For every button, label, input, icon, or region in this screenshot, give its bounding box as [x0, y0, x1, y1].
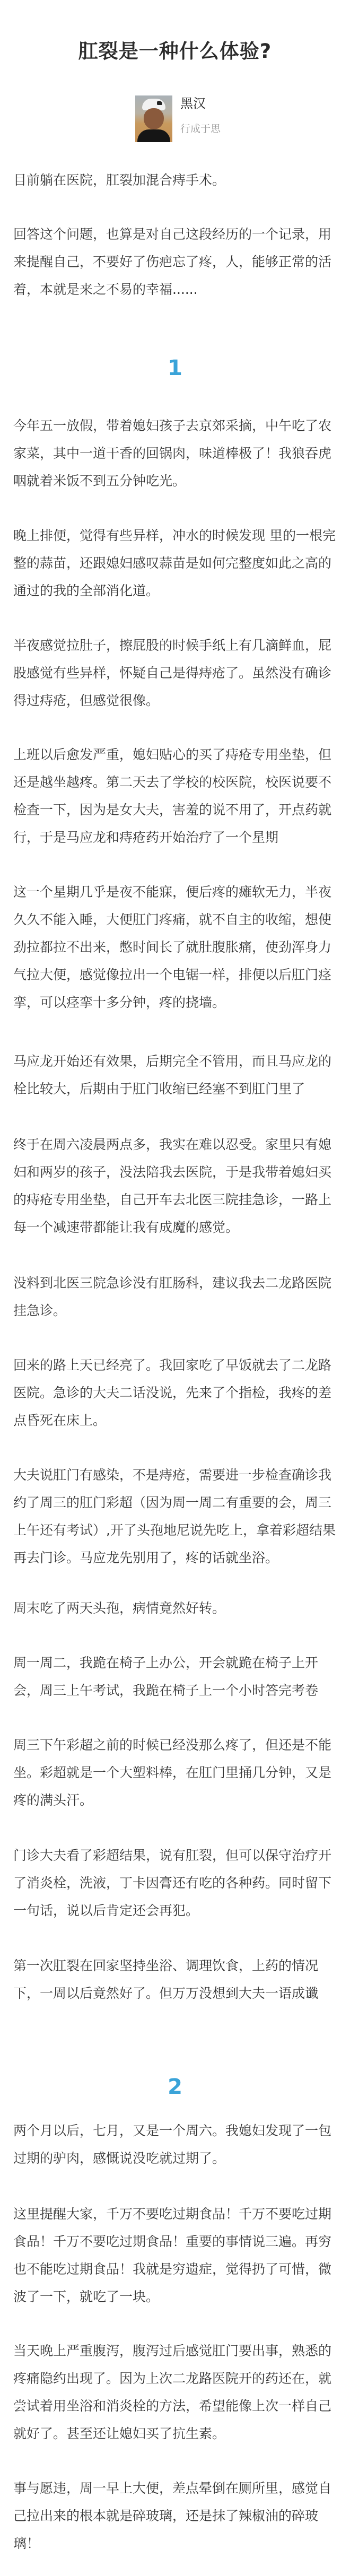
paragraph: 没料到北医三院急诊没有肛肠科，建议我去二龙路医院挂急诊。: [13, 1269, 338, 1325]
author-bio: 行成于思: [180, 122, 221, 136]
avatar-shirt-shape: [137, 129, 170, 142]
paragraph: 今年五一放假，带着媳妇孩子去京郊采摘，中午吃了农家菜，其中一道干香的回锅肉，味道…: [13, 412, 338, 495]
paragraph: 门诊大夫看了彩超结果，说有肛裂，但可以保守治疗开了消炎栓，洗液，丁卡因膏还有吃的…: [13, 1842, 338, 1925]
paragraph: 两个月以后，七月，又是一个周六。我媳妇发现了一包过期的驴肉，感慨说没吃就过期了。: [13, 2117, 338, 2172]
article-title: 肛裂是一种什么体验?: [0, 39, 350, 64]
paragraph: 回来的路上天已经亮了。我回家吃了早饭就去了二龙路医院。急诊的大夫二话没说，先来了…: [13, 1352, 338, 1434]
author-avatar[interactable]: [135, 95, 172, 142]
section-number-1: 1: [0, 356, 350, 380]
paragraph: 这里提醒大家，千万不要吃过期食品！千万不要吃过期食品！千万不要吃过期食品！重要的…: [13, 2200, 338, 2311]
paragraph: 半夜感觉拉肚子，擦屁股的时候手纸上有几滴鲜血，屁股感觉有些异样，怀疑自己是得痔疮…: [13, 632, 338, 715]
section-number-2: 2: [0, 2075, 350, 2099]
paragraph: 马应龙开始还有效果，后期完全不管用，而且马应龙的栓比较大，后期由于肛门收缩已经塞…: [13, 1048, 338, 1103]
paragraph: 第一次肛裂在回家坚持坐浴、调理饮食，上药的情况下，一周以后竟然好了。但万万没想到…: [13, 1952, 338, 2007]
paragraph: 当天晚上严重腹泻，腹泻过后感觉肛门要出事，熟悉的疼痛隐约出现了。因为上次二龙路医…: [13, 2337, 338, 2448]
paragraph: 上班以后愈发严重，媳妇贴心的买了痔疮专用坐垫，但还是越坐越疼。第二天去了学校的校…: [13, 741, 338, 851]
paragraph: 事与愿违，周一早上大便，差点晕倒在厕所里，感觉自己拉出来的根本就是碎玻璃，还是抹…: [13, 2475, 338, 2557]
article-page: 肛裂是一种什么体验? 黑汉 行成于思 目前躺在医院，肛裂加混合痔手术。 回答这个…: [0, 0, 350, 2576]
paragraph: 晚上排便，觉得有些异样，冲水的时候发现 里的一根完整的蒜苗，还跟媳妇感叹蒜苗是如…: [13, 522, 338, 605]
paragraph: 大夫说肛门有感染，不是痔疮，需要进一步检查确诊我约了周三的肛门彩超（因为周一周二…: [13, 1461, 338, 1572]
paragraph: 终于在周六凌晨两点多，我实在难以忍受。家里只有媳妇和两岁的孩子，没法陪我去医院，…: [13, 1131, 338, 1241]
paragraph: 这一个星期几乎是夜不能寐，便后疼的瘫软无力，半夜久久不能入睡，大便肛门疼痛，就不…: [13, 878, 338, 1016]
paragraph: 周一周二，我跪在椅子上办公，开会就跪在椅子上开会，周三上午考试，我跪在椅子上一个…: [13, 1649, 338, 1704]
paragraph: 周末吃了两天头孢，病情竟然好转。: [13, 1595, 338, 1622]
intro-paragraph-2: 回答这个问题，也算是对自己这段经历的一个记录，用来提醒自己，不要好了伤疤忘了疼，…: [13, 221, 338, 303]
avatar-face-shape: [144, 108, 164, 129]
paragraph: 周三下午彩超之前的时候已经没那么疼了，但还是不能坐。彩超就是一个大塑料棒，在肛门…: [13, 1731, 338, 1814]
author-name[interactable]: 黑汉: [180, 95, 206, 111]
intro-paragraph-1: 目前躺在医院，肛裂加混合痔手术。: [13, 167, 338, 194]
